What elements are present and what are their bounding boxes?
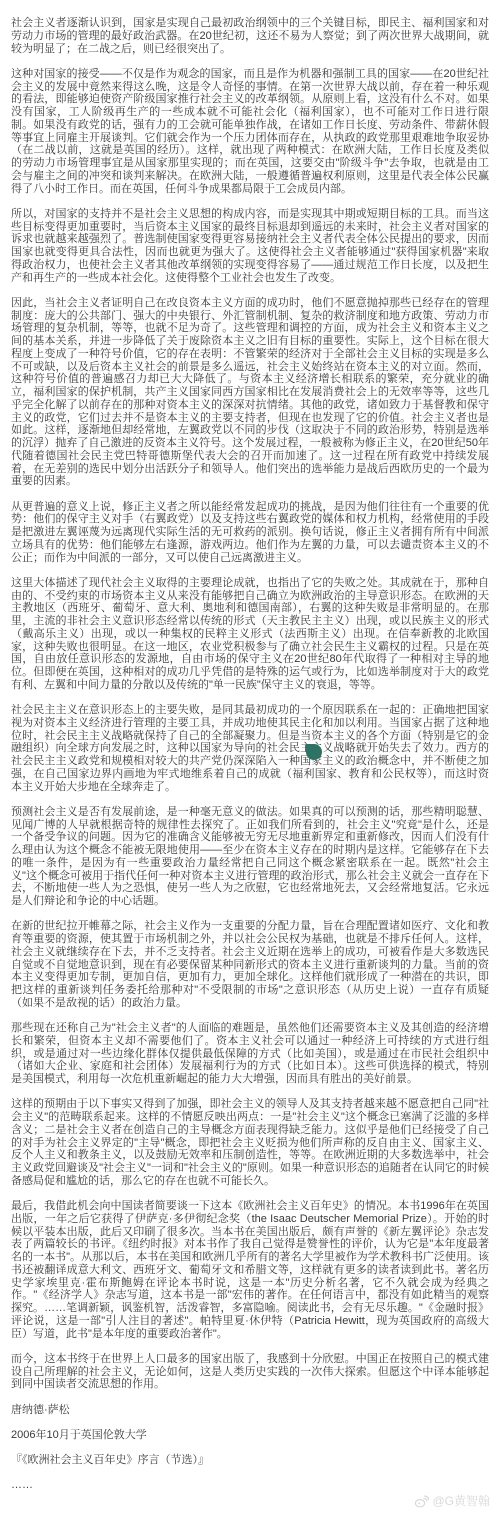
- paragraph: 预测社会主义是否有发展前途，是一种毫无意义的做法。如果真的可以预测的话，那些精明…: [11, 806, 489, 908]
- trailing-ellipsis: ……: [11, 1479, 489, 1492]
- paragraph: 在新的世纪拉开帷幕之际，社会主义作为一支重要的分配力量，旨在合理配置诸如医疗、文…: [11, 920, 489, 1009]
- paragraph: 这种对国家的接受——不仅是作为观念的国家，而且是作为机器和强制工具的国家——在2…: [11, 68, 489, 196]
- date-line: 2006年10月于英国伦敦大学: [11, 1429, 489, 1442]
- article: 社会主义者逐渐认识到，国家是实现自己最初政治纲领中的三个关键目标，即民主、福利国…: [0, 0, 500, 1517]
- paragraph: 因此，当社会主义者证明自己在改良资本主义方面的成功时，他们不愿意抛掉那些已经存在…: [11, 297, 489, 488]
- paragraph: 那些现在还称自己为"社会主义者"的人面临的难题是，虽然他们还需要资本主义及其创造…: [11, 1022, 489, 1086]
- paragraph: 最后，我借此机会向中国读者简要谈一下这本《欧洲社会主义百年史》的情况。本书199…: [11, 1200, 489, 1340]
- text-selection-handle-icon[interactable]: [306, 744, 322, 760]
- weibo-icon: [414, 1495, 429, 1508]
- paragraph: 所以，对国家的支持并不是社会主义思想的构成内容，而是实现其中期或短期目标的工具。…: [11, 208, 489, 285]
- paragraph: 社会主义者逐渐认识到，国家是实现自己最初政治纲领中的三个关键目标，即民主、福利国…: [11, 17, 489, 55]
- paragraph: 这样的预期由于以下事实又得到了加强，即社会主义的领导人及其支持者越来越不愿意把自…: [11, 1098, 489, 1187]
- paragraph: 社会民主主义在意识形态上的主要失败，是同其最初成功的一个原因联系在一起的：正确地…: [11, 704, 489, 793]
- paragraph: 这里大体描述了现代社会主义取得的主要理论成就，也指出了它的失败之处。其成就在于，…: [11, 577, 489, 692]
- source-title: 『《欧洲社会主义百年史》序言（节选）』: [11, 1454, 489, 1467]
- watermark: @G黄智翰: [414, 1494, 490, 1508]
- paragraph: 从更普遍的意义上说，修正主义者之所以能经常发起成功的挑战，是因为他们往往有一个重…: [11, 501, 489, 565]
- watermark-text: @G黄智翰: [432, 1494, 490, 1508]
- article-body: 社会主义者逐渐认识到，国家是实现自己最初政治纲领中的三个关键目标，即民主、福利国…: [11, 17, 489, 1391]
- paragraph: 而今，这本书终于在世界上人口最多的国家出版了，我感到十分欣慰。中国正在按照自己的…: [11, 1353, 489, 1391]
- author-signature: 唐纳德·萨松: [11, 1404, 489, 1417]
